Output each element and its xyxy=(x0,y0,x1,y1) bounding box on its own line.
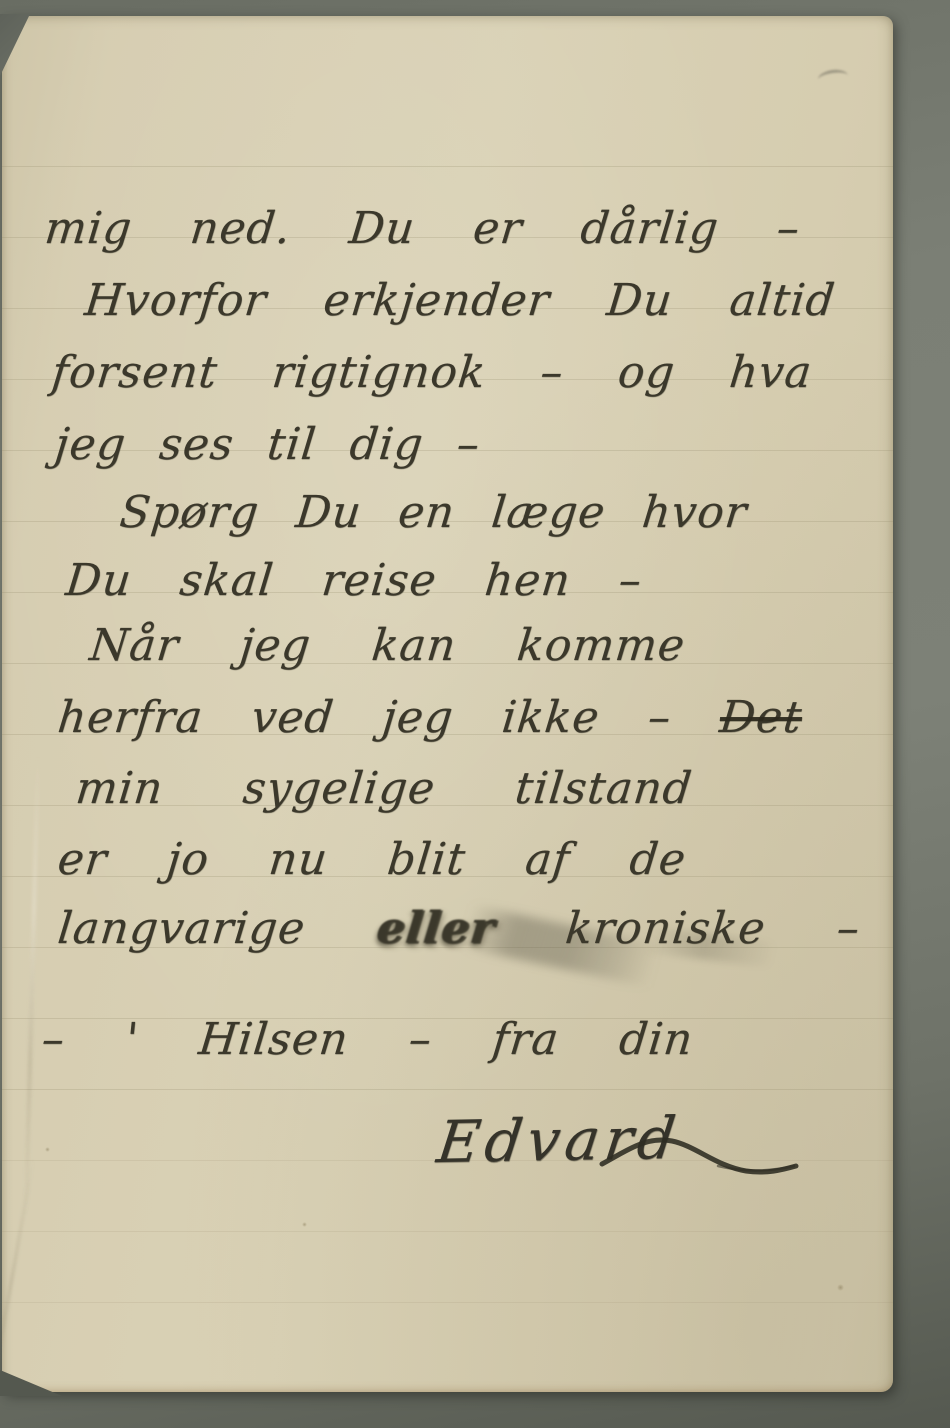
handwritten-line-8: herfra ved jeg ikke – Det xyxy=(55,694,804,742)
faint-pencil-mark xyxy=(817,68,849,87)
handwritten-line-4: jeg ses til dig – xyxy=(52,421,482,469)
handwritten-line-10: er jo nu blit af de xyxy=(55,836,688,884)
signature-flourish xyxy=(598,1126,808,1186)
ruled-line xyxy=(2,1089,893,1090)
line-11-text-before: langvarige xyxy=(55,903,308,954)
line-8-text: herfra ved jeg ikke – xyxy=(55,692,674,743)
ruled-line xyxy=(2,1302,893,1303)
scanned-letter-photo: mig ned. Du er dårlig – Hvorfor erkjende… xyxy=(0,0,950,1428)
handwritten-line-5: Spørg Du en læge hvor xyxy=(117,489,749,537)
line-11-text-after: kroniske – xyxy=(563,903,863,954)
paper-stain xyxy=(837,1284,844,1291)
handwritten-line-3: forsent rigtignok – og hva xyxy=(49,349,814,397)
handwritten-line-2: Hvorfor erkjender Du altid xyxy=(82,277,837,325)
handwritten-line-9: min sygelige tilstand xyxy=(73,765,694,813)
paper-stain xyxy=(45,1147,50,1152)
handwritten-line-1: mig ned. Du er dårlig – xyxy=(42,205,802,253)
handwritten-line-11: langvarige eller kroniske – xyxy=(55,905,862,953)
handwritten-line-6: Du skal reise hen – xyxy=(63,557,644,605)
paper-crease xyxy=(24,756,40,1216)
paper-crease xyxy=(0,1158,35,1405)
struck-word: Det xyxy=(717,692,804,743)
ruled-line xyxy=(2,166,893,167)
handwritten-line-12: – ' Hilsen – fra din xyxy=(39,1016,695,1064)
paper-stain xyxy=(302,1222,307,1227)
blotted-word: eller xyxy=(374,903,497,954)
handwritten-line-7: Når jeg kan komme xyxy=(87,622,687,670)
ruled-line xyxy=(2,1231,893,1232)
